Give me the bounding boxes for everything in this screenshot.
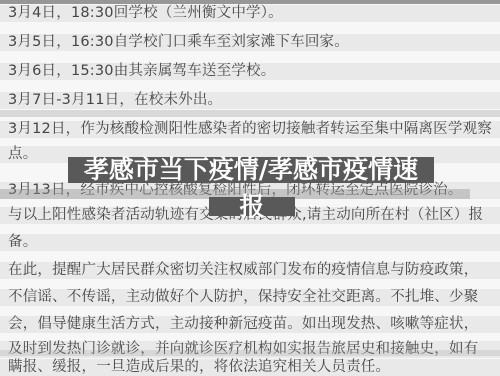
caption-title-line2: 报	[209, 197, 295, 216]
jpeg-artifact-band	[0, 0, 500, 4]
article-line: 3月5日，16:30自学校门口乘车至刘家滩下车回家。	[0, 34, 500, 51]
article-line: 不信谣、不传谣，主动做好个人防护，保持安全社交距离。不扎堆、少聚	[0, 289, 500, 306]
article-line: 会，倡导健康生活方式，主动接种新冠疫苗。如出现发热、咳嗽等症状，	[0, 316, 500, 333]
article-line: 备。	[0, 234, 500, 251]
caption-title-line1: 孝感市当下疫情/孝感市疫情速	[68, 157, 434, 183]
article-line: 瞒报、缓报，一旦造成后果的，将依法追究相关人员责任。	[0, 359, 500, 376]
article-line: 3月6日，15:30由其亲属驾车送至学校。	[0, 63, 500, 80]
article-line: 在此，提醒广大居民群众密切关注权威部门发布的疫情信息与防疫政策，	[0, 262, 500, 279]
article-line: 3月7日-3月11日，在校未外出。	[0, 92, 500, 109]
article-line: 3月12日，作为核酸检测阳性感染者的密切接触者转运至集中隔离医学观察	[0, 121, 500, 138]
jpeg-artifact-band	[0, 110, 500, 117]
article-screenshot: 3月4日，18:30回学校（兰州衡文中学）。3月5日，16:30自学校门口乘车至…	[0, 0, 500, 376]
article-line: 及时到发热门诊就诊，并向就诊医疗机构如实报告旅居史和接触史，如有	[0, 341, 500, 358]
article-line: 3月4日，18:30回学校（兰州衡文中学）。	[0, 5, 500, 22]
